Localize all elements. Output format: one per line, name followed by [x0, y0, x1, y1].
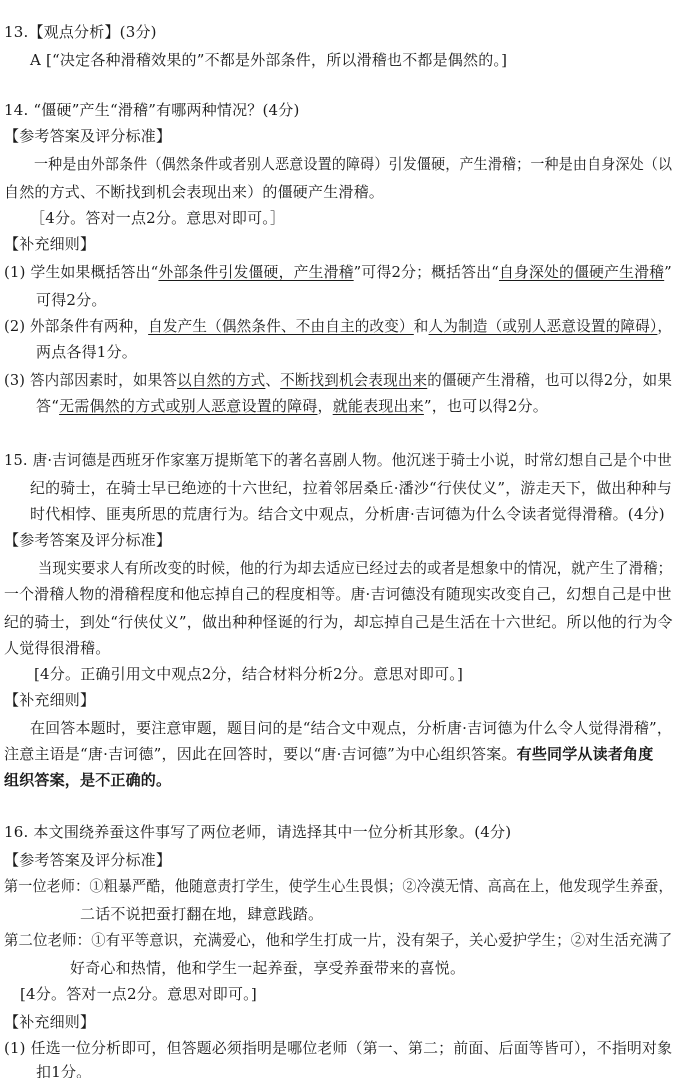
- rule-text: (2) 外部条件有两种，: [4, 317, 148, 335]
- underlined-keyphrase: 就能表现出来: [333, 397, 424, 415]
- q14-rule-1: (1) 学生如果概括答出“外部条件引发僵硬，产生滑稽”可得2分；概括答出“自身深…: [4, 262, 672, 282]
- q13-answer: A [“决定各种滑稽效果的”不都是外部条件，所以滑稽也不都是偶然的。]: [30, 50, 507, 70]
- q14-rule-1-cont: 可得2分。: [36, 290, 107, 310]
- q16-supp-heading: 【补充细则】: [4, 1012, 95, 1032]
- q15-ref-heading: 【参考答案及评分标准】: [4, 530, 171, 550]
- q15-supp-line2: 注意主语是“唐·吉诃德”，因此在回答时，要以“唐·吉诃德”为中心组织答案。有些同…: [4, 744, 653, 764]
- rule-text: 答“: [36, 397, 59, 415]
- q15-ref-line2: 一个滑稽人物的滑稽程度和他忘掉自己的程度相等。唐·吉诃德没有随现实改变自己，幻想…: [4, 584, 672, 604]
- q14-supp-heading: 【补充细则】: [4, 234, 95, 254]
- q16-score: [4分。答对一点2分。意思对即可。]: [20, 984, 257, 1004]
- rule-text: ，: [317, 397, 332, 415]
- rule-text: 和: [414, 317, 429, 335]
- q16-title: 16. 本文围绕养蚕这件事写了两位老师，请选择其中一位分析其形象。(4分): [4, 822, 511, 842]
- q14-rule-3: (3) 答内部因素时，如果答以自然的方式、不断找到机会表现出来的僵硬产生滑稽，也…: [4, 370, 672, 390]
- q14-ref-heading: 【参考答案及评分标准】: [4, 126, 171, 146]
- q16-teacher1-line2: 二话不说把蚕打翻在地，肆意践踏。: [80, 904, 323, 924]
- rule-text: ，: [657, 317, 672, 335]
- rule-text: ”: [664, 263, 672, 281]
- rule-text: (1) 学生如果概括答出“: [4, 263, 158, 281]
- q15-question-line3: 时代相悖、匪夷所思的荒唐行为。结合文中观点，分析唐·吉诃德为什么令读者觉得滑稽。…: [30, 504, 665, 524]
- rule-text: 的僵硬产生滑稽，也可以得2分，如果: [427, 371, 672, 389]
- underlined-keyphrase: 人为制造（或别人恶意设置的障碍）: [429, 317, 658, 335]
- q15-supp-heading: 【补充细则】: [4, 690, 95, 710]
- underlined-keyphrase: 外部条件引发僵硬，产生滑稽: [158, 263, 353, 281]
- underlined-keyphrase: 无需偶然的方式或别人恶意设置的障碍: [59, 397, 317, 415]
- q15-ref-line1: 当现实要求人有所改变的时候，他的行为却去适应已经过去的或者是想象中的情况，就产生…: [38, 558, 672, 578]
- q15-supp-line1: 在回答本题时，要注意审题，题目问的是“结合文中观点，分析唐·吉诃德为什么令人觉得…: [30, 718, 672, 738]
- q15-ref-line4: 人觉得很滑稽。: [4, 638, 110, 658]
- q15-ref-line3: 纪的骑士，到处“行侠仗义”，做出种种怪诞的行为，却忘掉自己是生活在十六世纪。所以…: [4, 612, 673, 632]
- q14-rule-2: (2) 外部条件有两种，自发产生（偶然条件、不由自主的改变）和人为制造（或别人恶…: [4, 316, 672, 336]
- rule-text: 、: [265, 371, 280, 389]
- rule-text: ”，也可以得2分。: [424, 397, 548, 415]
- q15-supp-line3: 组织答案，是不正确的。: [4, 770, 171, 790]
- bold-emphasis: 有些同学从读者角度: [517, 745, 654, 763]
- underlined-keyphrase: 自身深处的僵硬产生滑稽: [499, 263, 664, 281]
- rule-text: ”可得2分；概括答出“: [354, 263, 499, 281]
- underlined-keyphrase: 不断找到机会表现出来: [280, 371, 427, 389]
- q13-title: 13.【观点分析】(3分): [4, 22, 157, 42]
- q14-ref-line2: 自然的方式、不断找到机会表现出来）的僵硬产生滑稽。: [4, 182, 384, 202]
- underlined-keyphrase: 自发产生（偶然条件、不由自主的改变）: [148, 317, 414, 335]
- q14-ref-line1: 一种是由外部条件（偶然条件或者别人恶意设置的障碍）引发僵硬，产生滑稽；一种是由自…: [34, 154, 672, 174]
- q14-title: 14. “僵硬”产生“滑稽”有哪两种情况？(4分): [4, 100, 300, 120]
- q16-teacher2-line1: 第二位老师：①有平等意识，充满爱心，他和学生打成一片，没有架子，关心爱护学生；②…: [4, 930, 672, 950]
- q15-question-line1: 15. 唐·吉诃德是西班牙作家塞万提斯笔下的著名喜剧人物。他沉迷于骑士小说，时常…: [4, 450, 672, 470]
- q16-ref-heading: 【参考答案及评分标准】: [4, 850, 171, 870]
- underlined-keyphrase: 以自然的方式: [177, 371, 265, 389]
- q15-score: [4分。正确引用文中观点2分，结合材料分析2分。意思对即可。]: [34, 664, 463, 684]
- rule-text: 注意主语是“唐·吉诃德”，因此在回答时，要以“唐·吉诃德”为中心组织答案。: [4, 745, 517, 763]
- q14-rule-3-cont: 答“无需偶然的方式或别人恶意设置的障碍，就能表现出来”，也可以得2分。: [36, 396, 548, 416]
- rule-text: (3) 答内部因素时，如果答: [4, 371, 177, 389]
- q16-rule-1-cont: 扣1分。: [36, 1062, 91, 1078]
- q16-teacher2-line2: 好奇心和热情，他和学生一起养蚕，享受养蚕带来的喜悦。: [70, 958, 465, 978]
- q14-score: ［4分。答对一点2分。意思对即可。］: [30, 208, 285, 228]
- q15-question-line2: 纪的骑士，在骑士早已绝迹的十六世纪，拉着邻居桑丘·潘沙“行侠仗义”，游走天下，做…: [30, 478, 672, 498]
- q16-rule-1: (1) 任选一位分析即可，但答题必须指明是哪位老师（第一、第二；前面、后面等皆可…: [4, 1038, 672, 1058]
- q16-teacher1-line1: 第一位老师：①粗暴严酷，他随意责打学生，使学生心生畏惧；②冷漠无情、高高在上，他…: [4, 876, 673, 896]
- q14-rule-2-cont: 两点各得1分。: [36, 342, 137, 362]
